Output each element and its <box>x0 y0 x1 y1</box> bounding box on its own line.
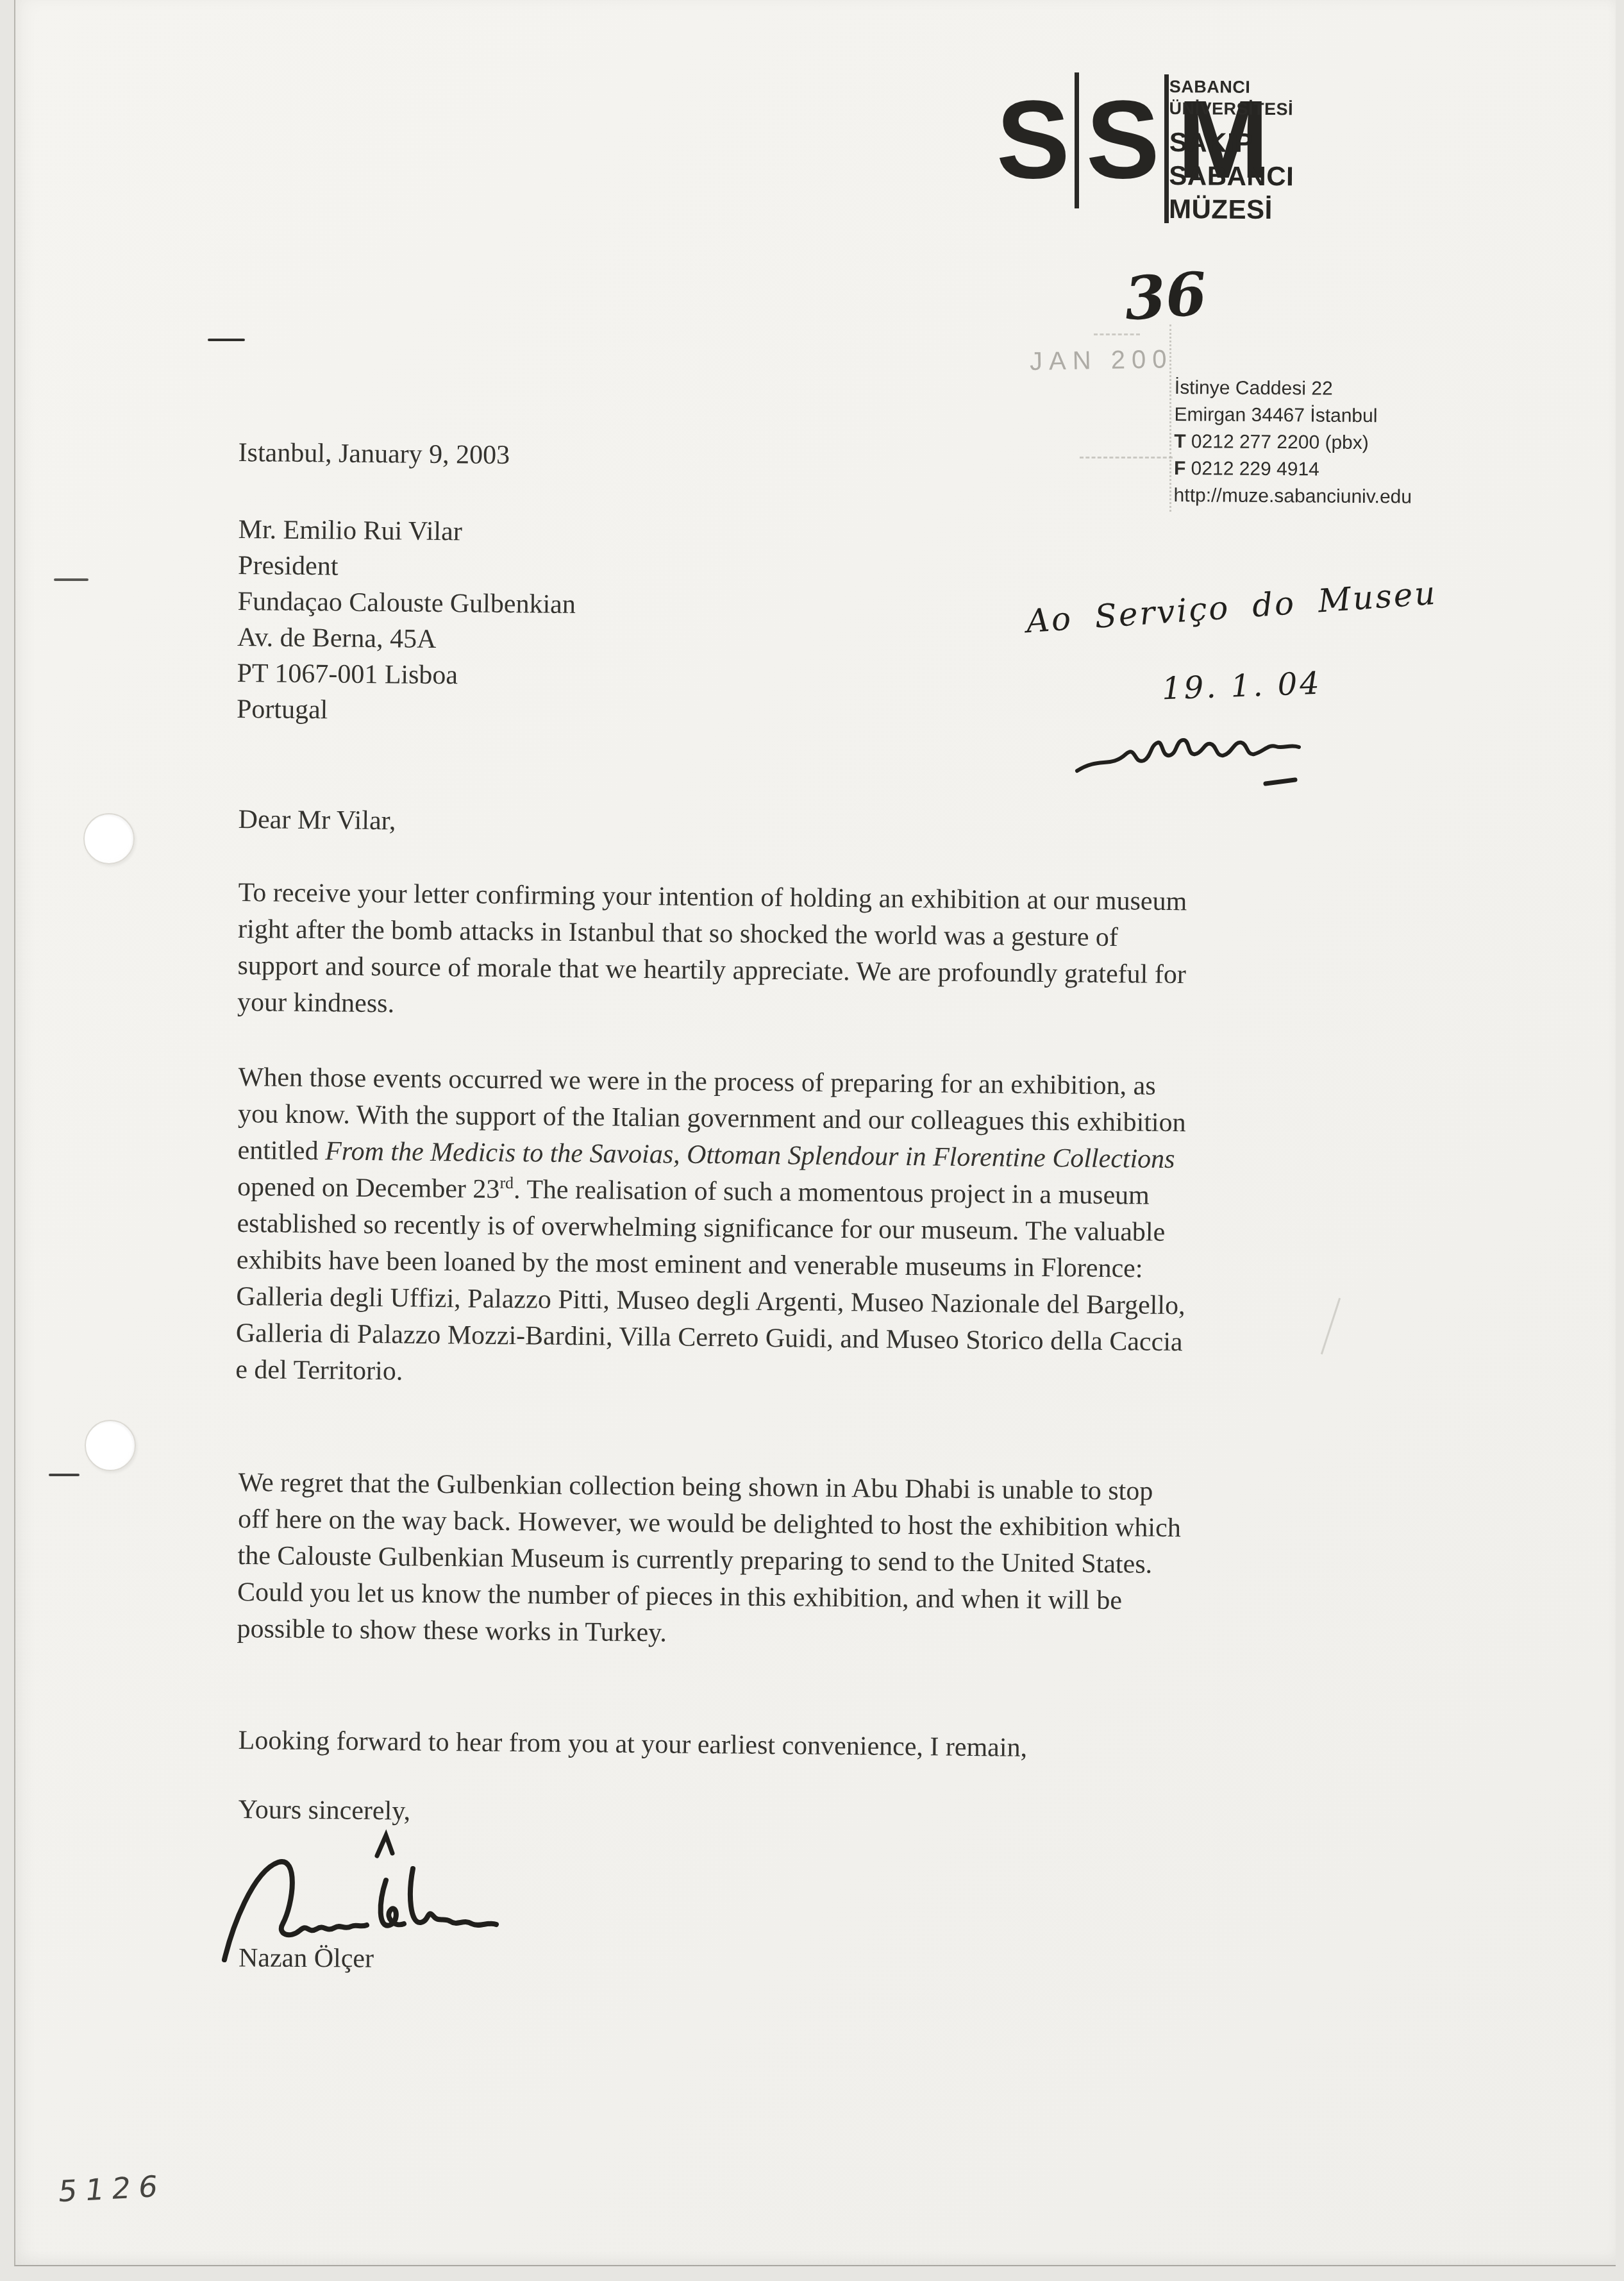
museum-name-line2: SABANCI <box>1169 159 1294 193</box>
letterhead-phone: T 0212 277 2200 (pbx) <box>1174 428 1412 457</box>
phone-number: 0212 277 2200 (pbx) <box>1185 431 1368 453</box>
received-date-stamp: JAN 200 <box>1030 345 1178 376</box>
scanned-letter-page: { "letterhead": { "logo_letters": ["S", … <box>0 0 1624 2281</box>
paragraph-2: When those events occurred we were in th… <box>235 1059 1191 1397</box>
logo-letter-s1: S <box>996 85 1067 195</box>
recipient-address-block: Mr. Emilio Rui Vilar President Fundaçao … <box>237 512 1191 736</box>
museum-name: SAKIP SABANCI MÜZESİ <box>1169 126 1294 226</box>
punch-hole-top <box>83 813 135 864</box>
paragraph-2-rest: . The realisation of such a momentous pr… <box>235 1175 1185 1386</box>
salutation: Dear Mr Vilar, <box>238 802 1190 847</box>
logo-letter-s2: S <box>1086 85 1157 195</box>
logo-divider-bar-2 <box>1164 74 1169 223</box>
logo-divider-bar-1 <box>1075 72 1079 208</box>
margin-mark-1 <box>208 339 245 341</box>
margin-mark-3 <box>49 1474 80 1476</box>
letterhead-contact-block: İstinye Caddesi 22 Emirgan 34467 İstanbu… <box>1174 375 1413 511</box>
margin-mark-2 <box>54 578 88 581</box>
letterhead-city: Emirgan 34467 İstanbul <box>1174 401 1412 430</box>
punch-hole-bottom <box>85 1420 136 1471</box>
paper-crease-mark <box>1321 1298 1341 1354</box>
university-name-line1: SABANCI <box>1169 76 1294 98</box>
museum-name-line1: SAKIP <box>1169 126 1294 160</box>
paper-sheet: S S M SABANCI ÜNİVERSİTESİ SAKIP SABANCI… <box>14 0 1616 2266</box>
museum-name-line3: MÜZESİ <box>1169 192 1294 226</box>
signer-name: Nazan Ölçer <box>239 1942 374 1974</box>
university-name-line2: ÜNİVERSİTESİ <box>1169 97 1294 120</box>
stamp-border-fragment-vertical <box>1169 324 1171 512</box>
paragraph-3: We regret that the Gulbenkian collection… <box>237 1465 1191 1656</box>
exhibition-title-italic: From the Medicis to the Savoias, Ottoman… <box>325 1136 1175 1174</box>
pencil-archive-number: 5126 <box>56 2169 167 2209</box>
fax-number: 0212 229 4914 <box>1185 458 1319 480</box>
letterhead-street: İstinye Caddesi 22 <box>1175 375 1413 403</box>
stamp-border-fragment-top <box>1094 333 1140 335</box>
letterhead-fax: F 0212 229 4914 <box>1174 455 1412 484</box>
paragraph-2-date: opened on December 23 <box>237 1172 500 1204</box>
letterhead-website: http://muze.sabanciuniv.edu <box>1174 482 1412 511</box>
paragraph-1: To receive your letter confirming your i… <box>237 875 1191 1030</box>
closing-line: Looking forward to hear from you at your… <box>238 1722 1190 1768</box>
letter-dateline: Istanbul, January 9, 2003 <box>238 435 1190 480</box>
ordinal-suffix: rd <box>499 1174 514 1192</box>
handwritten-registry-number: 36 <box>1122 259 1209 334</box>
university-name: SABANCI ÜNİVERSİTESİ <box>1169 76 1294 120</box>
